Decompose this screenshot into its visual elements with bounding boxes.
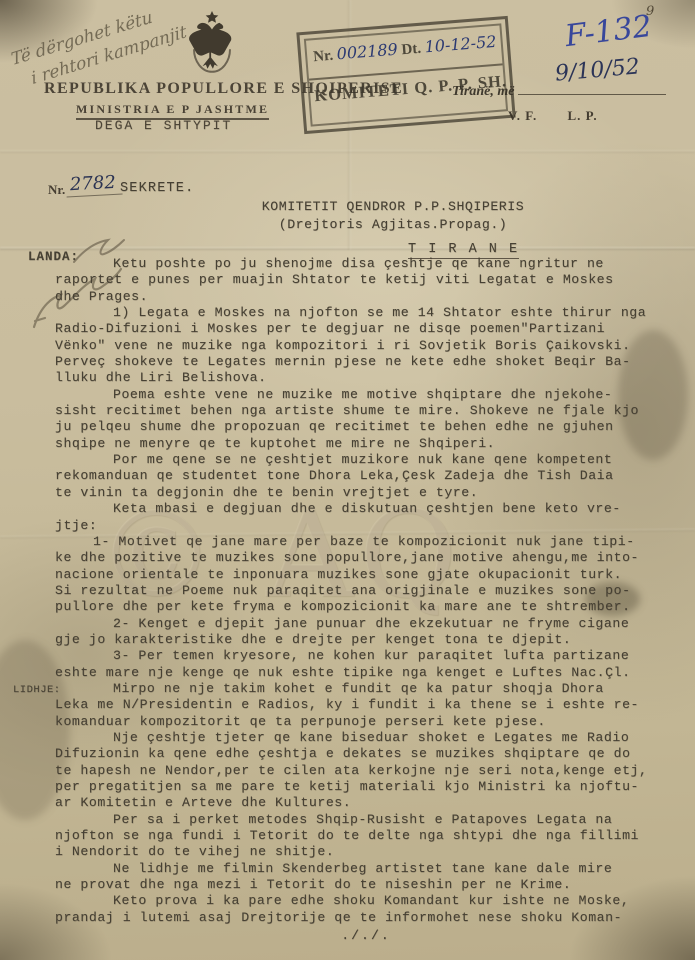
body-line: Keta mbasi e degjuan dhe e diskutuan çes… bbox=[55, 501, 677, 517]
body-line: Perveç shokeve te Legates mernin pjese n… bbox=[55, 354, 677, 370]
stamp-dt-label: Dt. bbox=[401, 41, 422, 58]
body-line: Por me qene se ne çeshtjet muzikore nuk … bbox=[55, 452, 677, 468]
body-line: Leka me N/Presidentin e Radios, ky i fun… bbox=[55, 697, 677, 713]
body-line: dhe Prages. bbox=[55, 289, 677, 305]
addressee-block: KOMITETIT QENDROR P.P.SHQIPERIS (Drejtor… bbox=[238, 198, 548, 234]
body-line: raportet e punes per muajin Shtator te k… bbox=[55, 272, 677, 288]
dateline-rule bbox=[518, 82, 666, 95]
initials-lp: L. P. bbox=[567, 108, 597, 123]
letterhead-branch: DEGA E SHTYPIT bbox=[95, 118, 232, 133]
body-line: lluku dhe Liri Belishova. bbox=[55, 370, 677, 386]
body-line: Poema eshte vene ne muzike me motive shq… bbox=[55, 387, 677, 403]
body-line: per pregatitjen sa me pare te ketij mate… bbox=[55, 779, 677, 795]
body-line: ke dhe pozitive te muzikes sone popullor… bbox=[55, 550, 677, 566]
ref-nr-value: 2782 bbox=[65, 172, 122, 198]
footer-mark: ././. bbox=[55, 928, 677, 943]
stamp-nr-value: 002189 bbox=[336, 40, 398, 64]
body-line: ne provat dhe nga mezi i Tetorit do te n… bbox=[55, 877, 677, 893]
body-line: Per sa i perket metodes Shqip-Rusisht e … bbox=[55, 812, 677, 828]
body-line: i Nendorit do te vihej ne shitje. bbox=[55, 844, 677, 860]
body-line: Radio-Difuzioni i Moskes per te degjuar … bbox=[55, 321, 677, 337]
body-line: jtje: bbox=[55, 518, 677, 534]
body-line: Ne lidhje me filmin Skenderbeg artistet … bbox=[55, 861, 677, 877]
stamp-nr-label: Nr. bbox=[313, 48, 334, 66]
classification-label: SEKRETE. bbox=[120, 181, 194, 196]
body-line: prandaj i lutemi asaj Drejtorije qe te i… bbox=[55, 910, 677, 926]
body-line: sisht recitimet behen nga artiste shume … bbox=[55, 403, 677, 419]
addressee-line1: KOMITETIT QENDROR P.P.SHQIPERIS bbox=[238, 198, 548, 216]
body-line: nacione orientale te inponuara muzikes s… bbox=[55, 567, 677, 583]
body-line: rekomanduan qe studentet tone Dhora Leka… bbox=[55, 468, 677, 484]
dateline-printed: Tiranë, më bbox=[452, 84, 514, 99]
body-line: gje jo karakteristike dhe e drejte per k… bbox=[55, 632, 677, 648]
body-line: Nje çeshtje tjeter qe kane biseduar shok… bbox=[55, 730, 677, 746]
body-line: te vinin ta degjonin dhe te benin vrejtj… bbox=[55, 485, 677, 501]
body-text: Ketu poshte po ju shenojme disa çeshtje … bbox=[55, 256, 677, 926]
body-line: ju pelqeu shume dhe propozuan qe recitim… bbox=[55, 419, 677, 435]
body-line: ar Komitetin e Arteve dhe Kultures. bbox=[55, 795, 677, 811]
albanian-eagle-emblem bbox=[185, 8, 239, 78]
body-line: Si rezultat ne Poeme nuk paraqitet ana o… bbox=[55, 583, 677, 599]
body-line: 3- Per temen kryesore, ne kohen kur para… bbox=[55, 648, 677, 664]
ref-nr-label: Nr. bbox=[48, 182, 65, 198]
page-number: 9 bbox=[646, 4, 654, 19]
margin-label-lidhje: LIDHJE: bbox=[13, 684, 61, 696]
initials-vf: V. F. bbox=[508, 108, 537, 123]
body-line: 1- Motivet qe jane mare per baze te komp… bbox=[55, 534, 677, 550]
body-line: te hapesh ne Nendor,per te cilen ata ker… bbox=[55, 763, 677, 779]
body-line: njofton se nga fundi i Tetorit do te del… bbox=[55, 828, 677, 844]
addressee-line2: (Drejtoris Agjitas.Propag.) bbox=[238, 216, 548, 234]
body-line: komanduar kompozitorit qe ta perpunoje p… bbox=[55, 714, 677, 730]
body-line: Difuzionin ka qene edhe çeshtja e dekate… bbox=[55, 746, 677, 762]
body-line: Vënko" vene ne muzike nga kompozitori i … bbox=[55, 338, 677, 354]
body-line: Keto prova i ka pare edhe shoku Komandan… bbox=[55, 893, 677, 909]
body-line: eshte mare nje kenge qe nuk eshte tipike… bbox=[55, 665, 677, 681]
body-line: pullore dhe per kete fryma e kompozicion… bbox=[55, 599, 677, 615]
body-line: Ketu poshte po ju shenojme disa çeshtje … bbox=[55, 256, 677, 272]
body-line: shqipe ne menyre qe te kuptohet me mire … bbox=[55, 436, 677, 452]
registry-stamp: Nr. 002189 Dt. 10-12-52 KOMITETI Q. P. P… bbox=[296, 16, 515, 134]
initials-row: V. F. L. P. bbox=[508, 108, 624, 124]
body-line: 1) Legata e Moskes na njofton se me 14 S… bbox=[55, 305, 677, 321]
body-line: 2- Kenget e djepit jane punuar dhe ekzek… bbox=[55, 616, 677, 632]
body-line: Mirpo ne nje takim kohet e fundit qe ka … bbox=[55, 681, 677, 697]
